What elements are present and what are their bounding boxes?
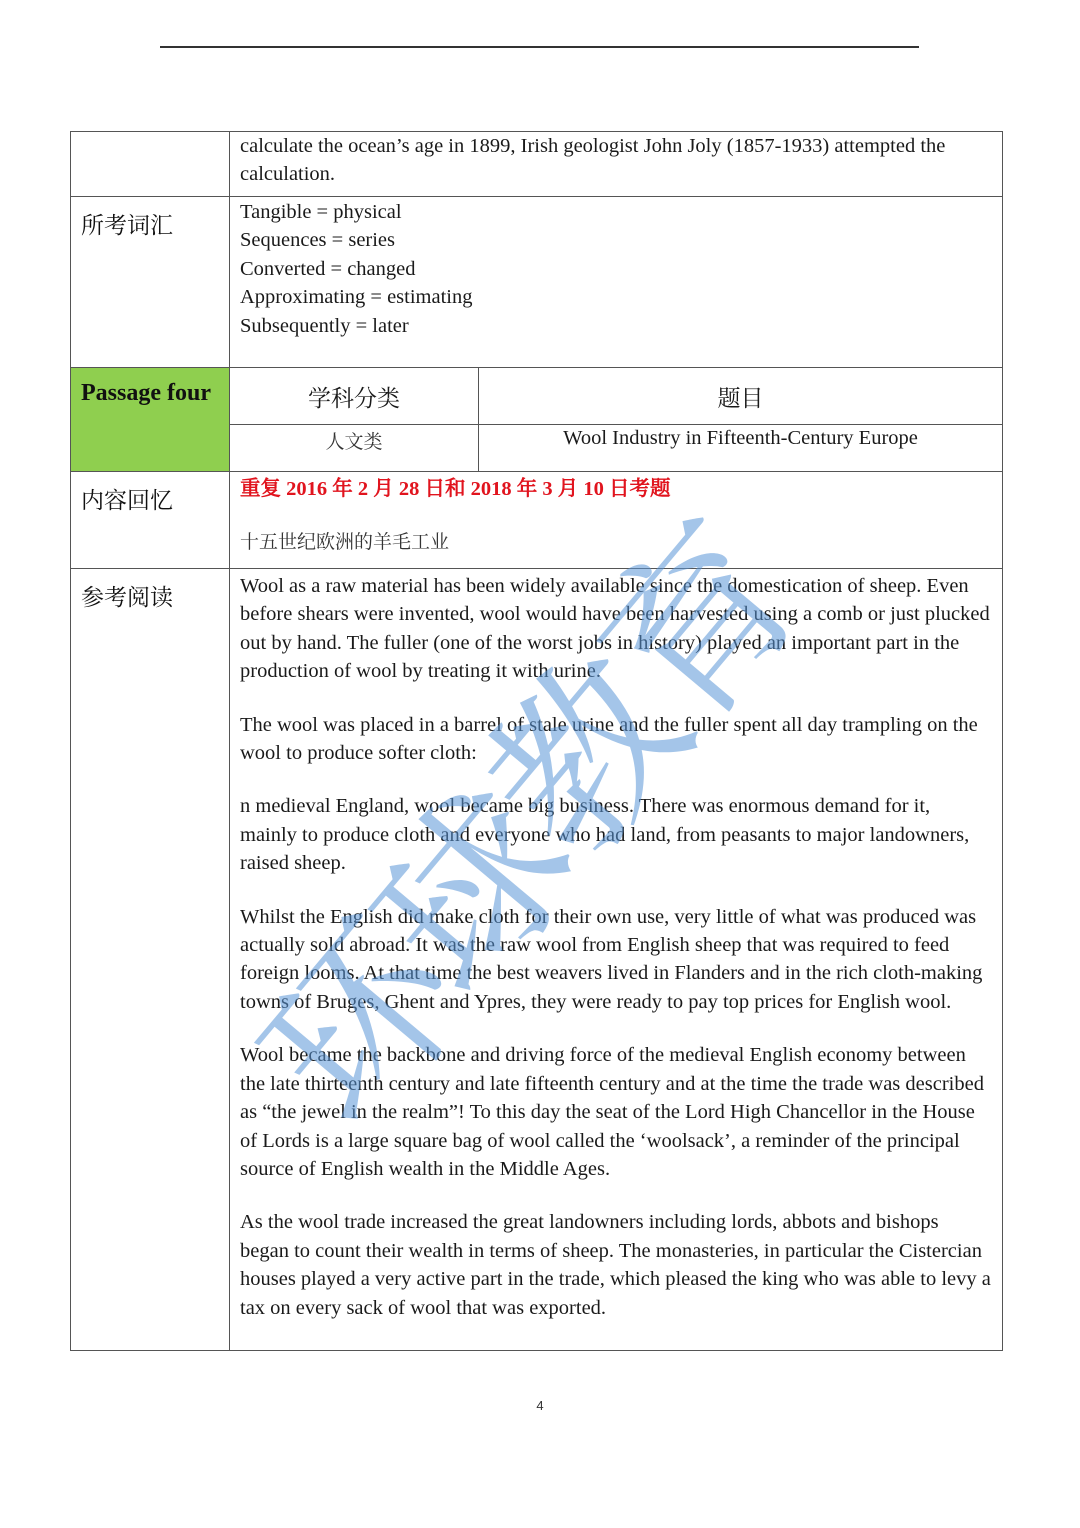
category-header: 学科分类 <box>230 368 479 425</box>
vocabulary-item: Converted = changed <box>240 255 992 283</box>
page-number: 4 <box>0 1398 1080 1413</box>
row-continuation-label <box>71 132 230 196</box>
vocabulary-label: 所考词汇 <box>71 197 230 367</box>
reading-paragraph: Wool became the backbone and driving for… <box>240 1041 992 1183</box>
passage-table: calculate the ocean’s age in 1899, Irish… <box>70 131 1003 1351</box>
vocabulary-item: Subsequently = later <box>240 312 992 340</box>
vocabulary-item: Approximating = estimating <box>240 283 992 311</box>
reference-reading-label: 参考阅读 <box>71 569 230 1350</box>
reading-paragraph: n medieval England, wool became big busi… <box>240 792 992 877</box>
vocabulary-item: Sequences = series <box>240 226 992 254</box>
reading-paragraph: Wool as a raw material has been widely a… <box>240 572 992 686</box>
passage-info-grid: 学科分类 题目 人文类 Wool Industry in Fifteenth-C… <box>230 368 1002 471</box>
row-reference-reading: 参考阅读 Wool as a raw material has been wid… <box>70 569 1003 1351</box>
row-passage-info: Passage four 学科分类 题目 人文类 Wool Industry i… <box>70 368 1003 472</box>
row-content-recall: 内容回忆 重复 2016 年 2 月 28 日和 2018 年 3 月 10 日… <box>70 472 1003 569</box>
vocabulary-list: Tangible = physical Sequences = series C… <box>230 197 1002 367</box>
topic-summary: 十五世纪欧洲的羊毛工业 <box>240 528 992 556</box>
content-recall-body: 重复 2016 年 2 月 28 日和 2018 年 3 月 10 日考题 十五… <box>230 472 1002 568</box>
category-value: 人文类 <box>230 425 479 471</box>
passage-label: Passage four <box>71 368 230 471</box>
vocabulary-item: Tangible = physical <box>240 198 992 226</box>
repeat-exam-note: 重复 2016 年 2 月 28 日和 2018 年 3 月 10 日考题 <box>240 474 992 504</box>
reading-paragraph: The wool was placed in a barrel of stale… <box>240 711 992 768</box>
continuation-text: calculate the ocean’s age in 1899, Irish… <box>230 132 1002 196</box>
content-recall-label: 内容回忆 <box>71 472 230 568</box>
reading-paragraph: As the wool trade increased the great la… <box>240 1208 992 1322</box>
reading-paragraph: Whilst the English did make cloth for th… <box>240 903 992 1017</box>
row-continuation: calculate the ocean’s age in 1899, Irish… <box>70 131 1003 197</box>
reference-reading-body: Wool as a raw material has been widely a… <box>230 569 1002 1350</box>
header-rule <box>160 46 919 48</box>
title-value: Wool Industry in Fifteenth-Century Europ… <box>479 425 1002 471</box>
row-vocabulary: 所考词汇 Tangible = physical Sequences = ser… <box>70 197 1003 368</box>
title-header: 题目 <box>479 368 1002 425</box>
